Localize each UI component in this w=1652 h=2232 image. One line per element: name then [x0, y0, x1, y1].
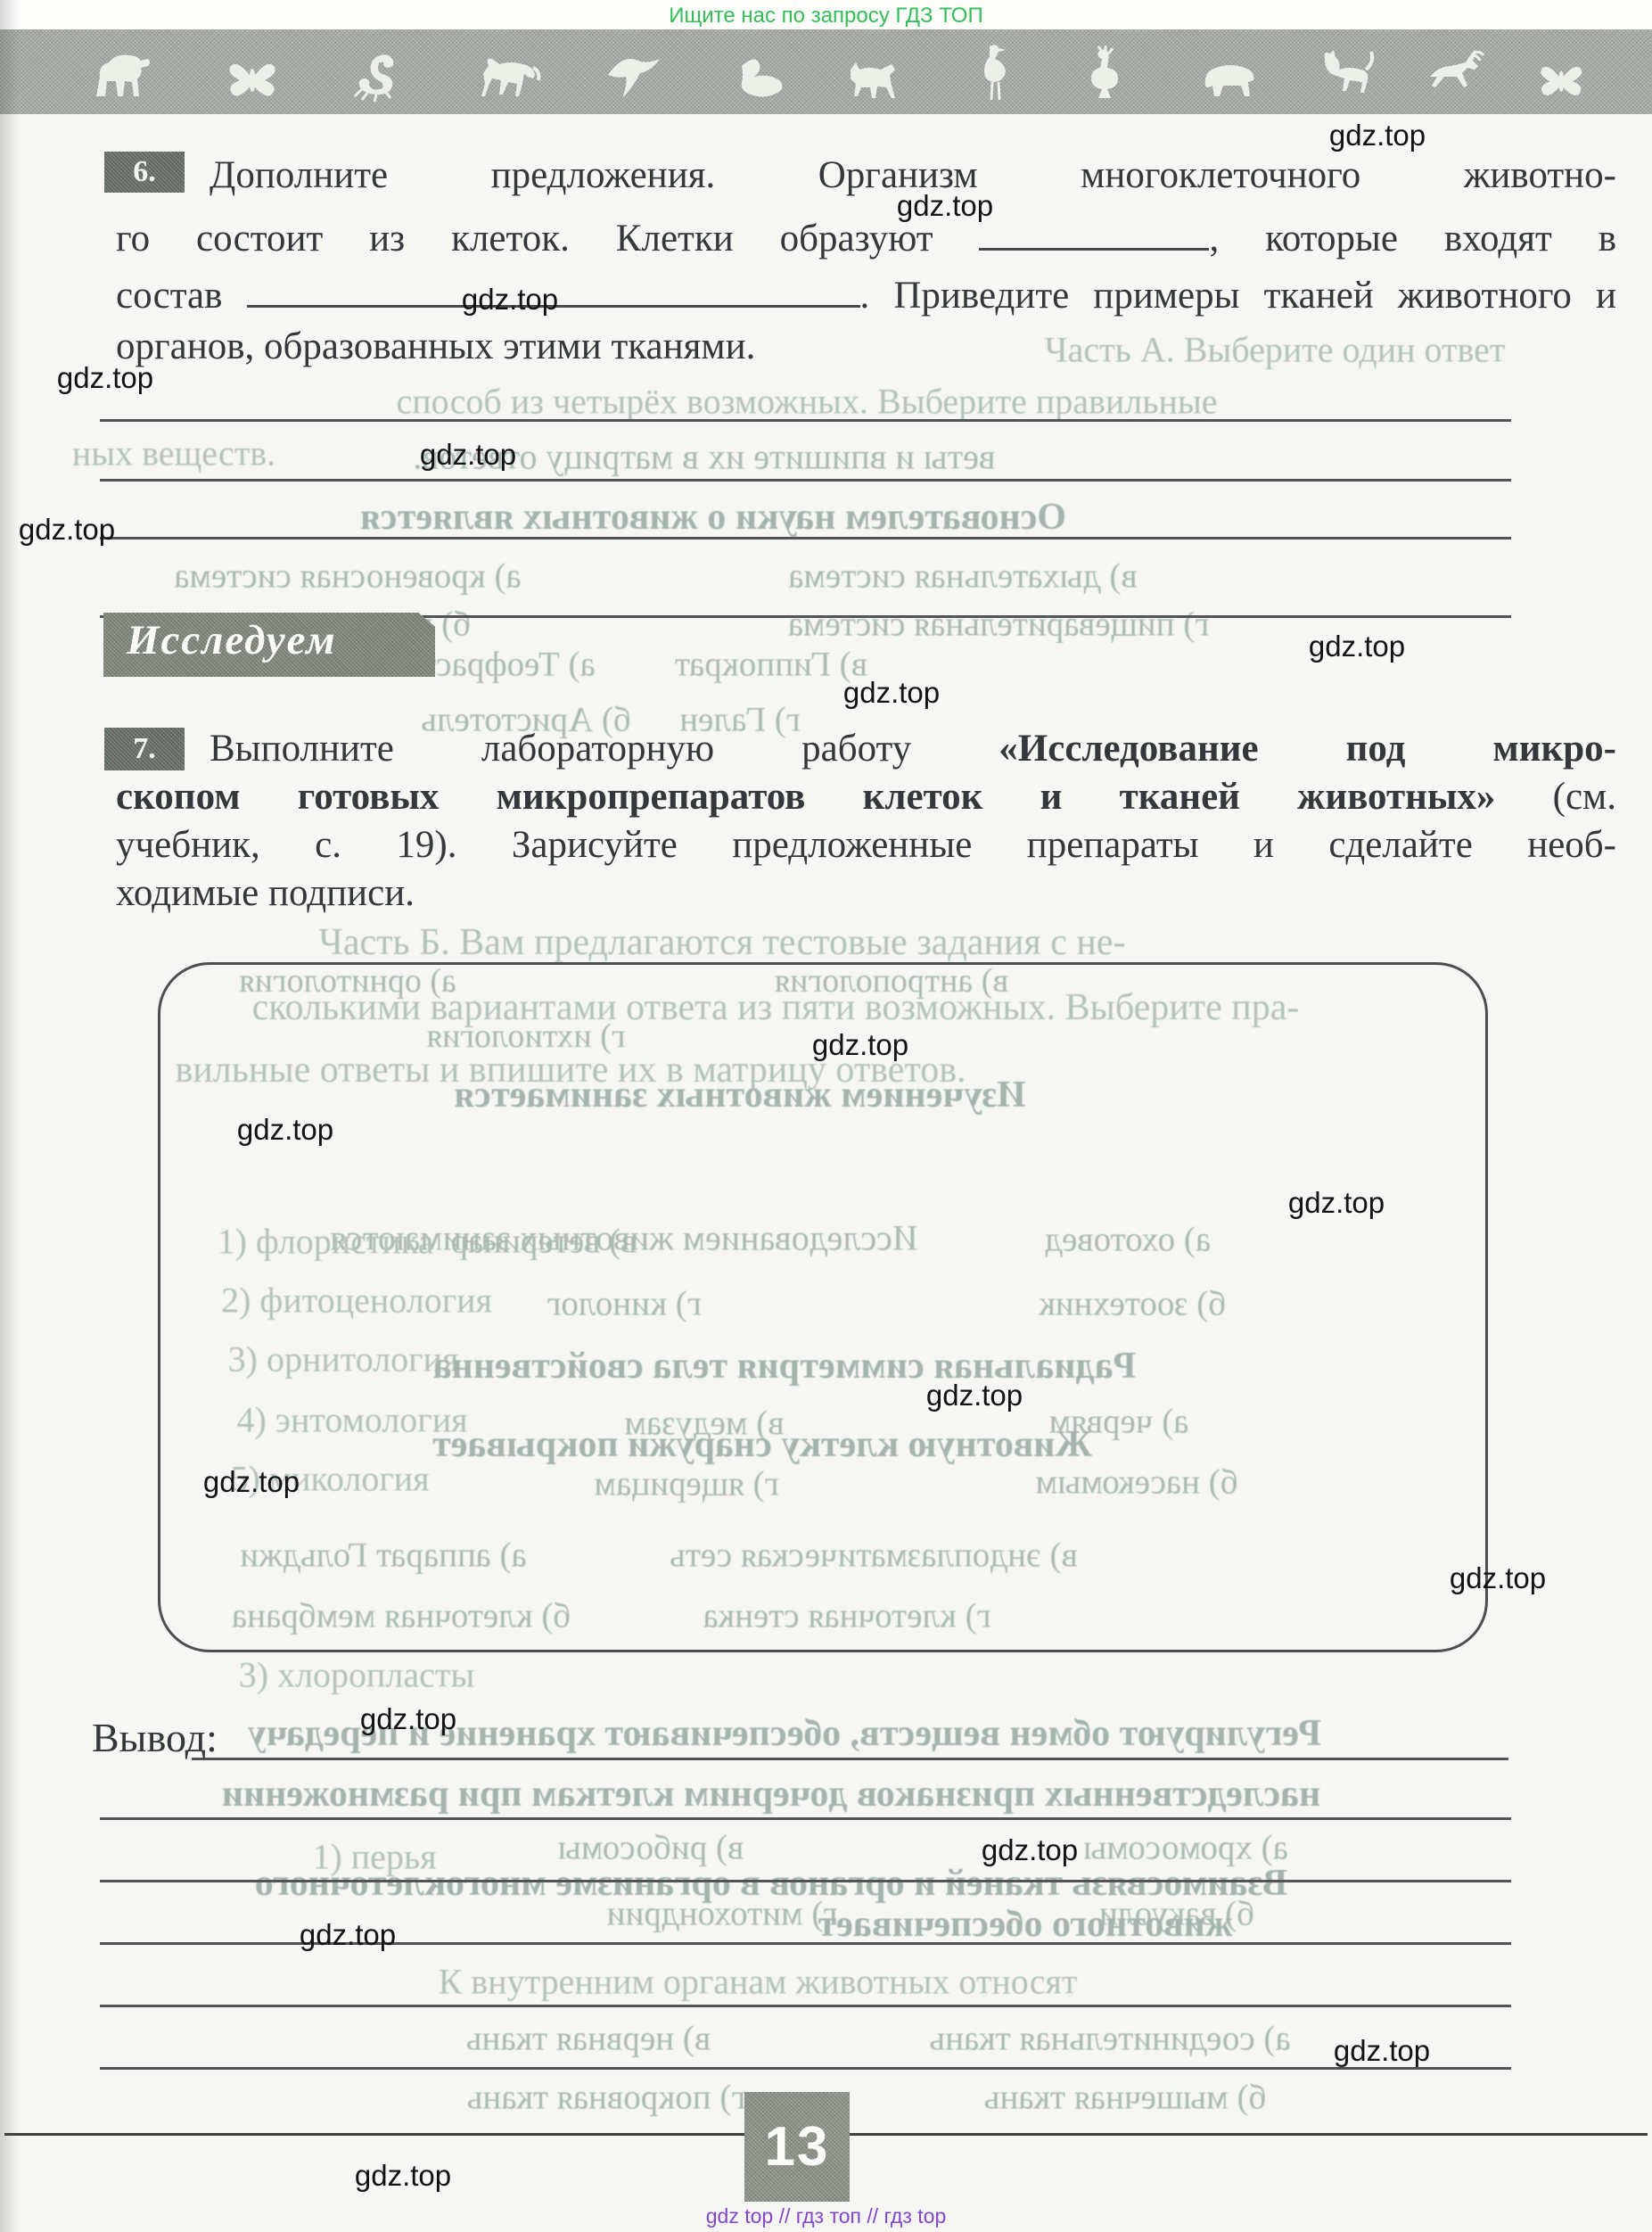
header-banner	[0, 29, 1652, 114]
task-text-segment: , которые входят в	[1209, 218, 1616, 259]
bleedthrough-text: в) дыхательная система	[788, 556, 1138, 597]
bleedthrough-text: 3) хлоропласты	[239, 1654, 475, 1696]
gdz-watermark: gdz.top	[360, 1702, 456, 1736]
task-text-line: скопом готовых микропрепаратов клеток и …	[116, 774, 1616, 820]
section-header-issleduem: Исследуем	[103, 613, 435, 677]
task-text-segment: (см.	[1495, 776, 1616, 818]
drawing-area[interactable]	[158, 962, 1488, 1652]
gdz-watermark: gdz.top	[300, 1918, 396, 1952]
bleedthrough-text: г) покровная ткань	[467, 2078, 746, 2118]
bleedthrough-text: К внутренним органам животных относят	[439, 1961, 1078, 2003]
animal-cat-icon	[1325, 50, 1373, 93]
fill-in-blank[interactable]	[979, 210, 1209, 251]
gdz-watermark: gdz.top	[420, 438, 516, 472]
task-text-line: состав . Приведите примеры тканей животн…	[116, 267, 1616, 319]
section-header-label: Исследуем	[127, 616, 337, 664]
task-text-segment: органов, образованных этими тканями.	[116, 325, 755, 367]
site-note-top: Ищите нас по запросу ГДЗ ТОП	[0, 4, 1652, 29]
gdz-watermark: gdz.top	[355, 2159, 451, 2193]
gdz-watermark: gdz.top	[897, 189, 993, 223]
bleedthrough-text: способ из четырёх возможных. Выберите пр…	[397, 381, 1218, 423]
workbook-page: Ищите нас по запросу ГДЗ ТОП	[0, 0, 1652, 2232]
bleedthrough-text: г) митохондрии	[607, 1894, 838, 1934]
bleedthrough-text: животного обеспечивает	[818, 1903, 1233, 1946]
animal-bison-icon	[96, 55, 150, 96]
gdz-watermark: gdz.top	[1329, 119, 1426, 152]
task-number-badge: 7.	[104, 728, 185, 770]
task-text-segment: состав	[116, 275, 247, 317]
task-text-line: го состоит из клеток. Клетки образуют , …	[116, 210, 1616, 262]
bleedthrough-text: Часть Б. Вам предлагаются тестовые задан…	[319, 921, 1126, 964]
animal-peacock-icon	[1091, 45, 1118, 98]
animal-butterfly-2-icon	[1541, 67, 1582, 95]
animal-butterfly-icon	[229, 64, 275, 96]
gdz-watermark: gdz.top	[812, 1028, 908, 1062]
task-text-segment: «Исследование под микро-	[999, 728, 1616, 770]
gdz-watermark: gdz.top	[1334, 2034, 1430, 2068]
answer-line[interactable]	[100, 537, 1511, 539]
animal-jackal-icon	[851, 62, 895, 98]
bleedthrough-text: б) мышечная ткань	[984, 2078, 1267, 2118]
gdz-watermark: gdz.top	[1309, 630, 1405, 663]
task-text-segment: учебник, с. 19). Зарисуйте предложенные …	[116, 824, 1616, 866]
animal-horse-icon	[481, 59, 538, 96]
bleedthrough-text: ных веществ.	[72, 432, 275, 474]
footer-site-line: gdz top // гдз топ // гдз top	[0, 2204, 1652, 2228]
bleedthrough-text: наследственных признаков дочерним клетка…	[222, 1773, 1321, 1816]
gdz-watermark: gdz.top	[237, 1113, 333, 1147]
bleedthrough-text: а) Теофраст	[421, 645, 596, 685]
gdz-watermark: gdz.top	[19, 513, 115, 547]
gdz-watermark: gdz.top	[462, 283, 558, 317]
gdz-watermark: gdz.top	[1450, 1561, 1546, 1595]
gdz-watermark: gdz.top	[926, 1379, 1023, 1413]
bleedthrough-text: г) пищеварительная система	[788, 605, 1209, 645]
answer-line[interactable]	[192, 1758, 1508, 1760]
bleedthrough-text: в) нервная ткань	[466, 2019, 711, 2059]
bleedthrough-text: а) кровеносная система	[174, 556, 522, 597]
task-text-segment: го состоит из клеток. Клетки образуют	[116, 218, 979, 259]
answer-line[interactable]	[100, 1817, 1511, 1820]
page-number: 13	[765, 2116, 830, 2178]
task-number-badge: 6.	[104, 152, 185, 193]
task-text-line: органов, образованных этими тканями.	[116, 324, 1616, 370]
gdz-watermark: gdz.top	[203, 1465, 300, 1499]
gdz-watermark: gdz.top	[57, 361, 153, 395]
animal-heron-icon	[984, 45, 1006, 100]
task-text-line: учебник, с. 19). Зарисуйте предложенные …	[116, 822, 1616, 869]
animal-antelope-icon	[1430, 50, 1484, 87]
bleedthrough-text: а) соединительная ткань	[929, 2019, 1290, 2059]
gdz-watermark: gdz.top	[843, 676, 940, 710]
gdz-watermark: gdz.top	[1288, 1186, 1385, 1220]
answer-line[interactable]	[100, 479, 1511, 482]
answer-line[interactable]	[100, 2005, 1511, 2007]
task-text-segment: скопом готовых микропрепаратов клеток и …	[116, 776, 1495, 818]
task-text-segment: . Приведите примеры тканей животного и	[860, 275, 1616, 317]
gdz-watermark: gdz.top	[982, 1833, 1078, 1867]
task-text-line: ходимые подписи.	[116, 870, 1616, 917]
animal-boar-icon	[1205, 65, 1254, 96]
task-text-line: Выполните лабораторную работу «Исследова…	[210, 726, 1616, 772]
answer-line[interactable]	[100, 2067, 1511, 2070]
task-text-segment: ходимые подписи.	[116, 872, 415, 914]
animal-swan-icon	[742, 59, 783, 96]
page-number-box: 13	[744, 2092, 850, 2202]
answer-line[interactable]	[100, 1880, 1511, 1882]
animal-silhouettes	[0, 39, 1652, 111]
task-text-segment: Выполните лабораторную работу	[210, 728, 999, 770]
bleedthrough-text: Основателем науки о животных является	[360, 496, 1066, 539]
animal-swallow-icon	[608, 59, 660, 98]
bleedthrough-text: в) Гиппократ	[675, 645, 867, 685]
conclusion-label: Вывод:	[92, 1714, 218, 1761]
animal-scorpion-icon	[355, 54, 393, 102]
answer-line[interactable]	[100, 419, 1511, 422]
